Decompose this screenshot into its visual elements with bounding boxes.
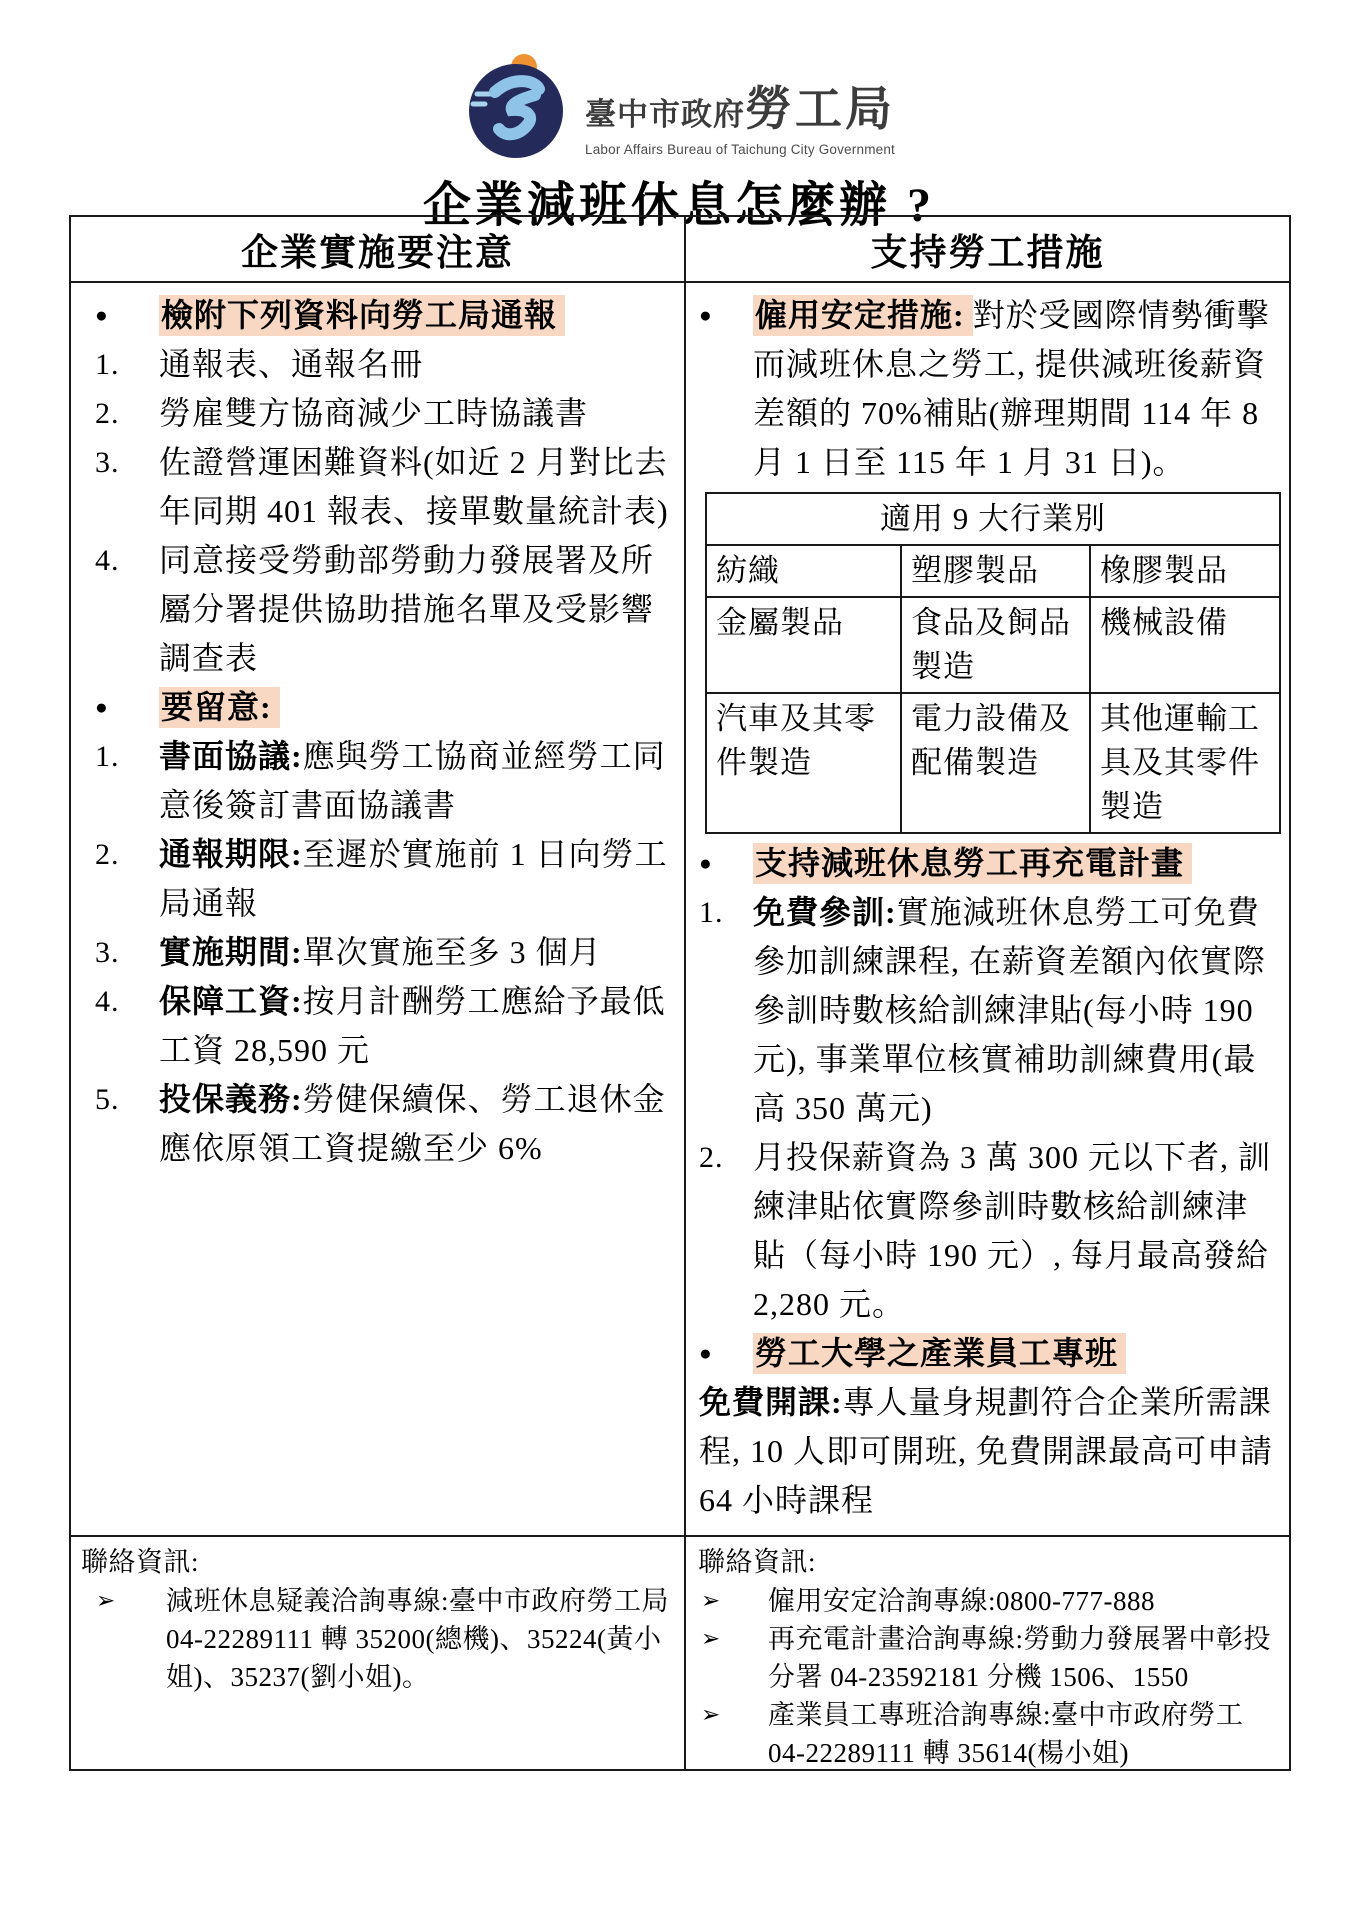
- item-text: 僱用安定措施:對於受國際情勢衝擊而減班休息之勞工, 提供減班後薪資差額的 70%…: [753, 291, 1279, 487]
- page: 臺中市政府 勞工局 Labor Affairs Bureau of Taichu…: [0, 0, 1358, 1920]
- list-item: 3.佐證營運困難資料(如近 2 月對比去年同期 401 報表、接單數量統計表): [95, 438, 676, 536]
- item-text: 勞雇雙方協商減少工時協議書: [159, 389, 676, 438]
- bureau-name-gov: 臺中市政府: [585, 89, 745, 134]
- list-item: 1.免費參訓:實施減班休息勞工可免費參加訓練課程, 在薪資差額內依實際參訓時數核…: [699, 888, 1279, 1133]
- item-text: 通報期限:至遲於實施前 1 日向勞工局通報: [159, 830, 676, 928]
- list-item: 4.保障工資:按月計酬勞工應給予最低工資 28,590 元: [95, 977, 676, 1075]
- contact-item-text: 僱用安定洽詢專線:0800-777-888: [768, 1582, 1281, 1620]
- bureau-name-cn: 臺中市政府 勞工局: [585, 72, 895, 139]
- industry-table-cell: 汽車及其零件製造: [707, 692, 900, 832]
- industry-table: 適用 9 大行業別紡織塑膠製品橡膠製品金屬製品食品及飼品製造機械設備汽車及其零件…: [705, 492, 1281, 834]
- contact-label: 聯絡資訊:: [81, 1542, 676, 1582]
- paragraph: 免費開課:專人量身規劃符合企業所需課程, 10 人即可開班, 免費開課最高可申請…: [699, 1378, 1279, 1525]
- arrow-marker: ➢: [698, 1620, 768, 1696]
- highlighted-heading: 支持減班休息勞工再充電計畫: [753, 843, 1192, 884]
- number-marker: 2.: [95, 389, 159, 438]
- number-marker: 4.: [95, 977, 159, 1075]
- industry-table-cell: 電力設備及配備製造: [900, 692, 1089, 832]
- number-marker: 2.: [95, 830, 159, 928]
- bold-lead: 書面協議:: [159, 738, 303, 774]
- arrow-marker: ➢: [81, 1582, 166, 1696]
- item-text: 佐證營運困難資料(如近 2 月對比去年同期 401 報表、接單數量統計表): [159, 438, 676, 536]
- list-item: 4.同意接受勞動部勞動力發展署及所屬分署提供協助措施名單及受影響調查表: [95, 536, 676, 683]
- contact-label: 聯絡資訊:: [698, 1542, 1281, 1582]
- industry-table-cell: 機械設備: [1089, 596, 1279, 692]
- bullet-marker: ●: [699, 291, 753, 487]
- highlighted-heading: 僱用安定措施:: [753, 295, 973, 336]
- number-marker: 1.: [699, 888, 753, 1133]
- contact-item: ➢僱用安定洽詢專線:0800-777-888: [698, 1582, 1281, 1620]
- number-marker: 3.: [95, 438, 159, 536]
- number-marker: 1.: [95, 732, 159, 830]
- number-marker: 1.: [95, 340, 159, 389]
- item-text: 勞工大學之產業員工專班: [753, 1329, 1279, 1378]
- main-table: 企業實施要注意 支持勞工措施 ●檢附下列資料向勞工局通報1.通報表、通報名冊2.…: [69, 215, 1291, 1771]
- bold-lead: 免費參訓:: [753, 894, 897, 930]
- item-text: 投保義務:勞健保續保、勞工退休金應依原領工資提繳至少 6%: [159, 1075, 676, 1173]
- bold-lead: 投保義務:: [159, 1081, 303, 1117]
- column-header-support: 支持勞工措施: [686, 217, 1289, 283]
- list-item: 2.月投保薪資為 3 萬 300 元以下者, 訓練津貼依實際參訓時數核給訓練津貼…: [699, 1133, 1279, 1329]
- support-body-cell: ●僱用安定措施:對於受國際情勢衝擊而減班休息之勞工, 提供減班後薪資差額的 70…: [686, 283, 1289, 1535]
- item-text: 書面協議:應與勞工協商並經勞工同意後簽訂書面協議書: [159, 732, 676, 830]
- industry-table-cell: 食品及飼品製造: [900, 596, 1089, 692]
- bureau-logo-text: 臺中市政府 勞工局 Labor Affairs Bureau of Taichu…: [585, 50, 895, 157]
- bold-lead: 實施期間:: [159, 934, 303, 970]
- item-text: 同意接受勞動部勞動力發展署及所屬分署提供協助措施名單及受影響調查表: [159, 536, 676, 683]
- list-item: 1.通報表、通報名冊: [95, 340, 676, 389]
- bullet-marker: ●: [95, 291, 159, 340]
- item-text: 實施期間:單次實施至多 3 個月: [159, 928, 676, 977]
- item-text: 支持減班休息勞工再充電計畫: [753, 839, 1279, 888]
- number-marker: 4.: [95, 536, 159, 683]
- number-marker: 2.: [699, 1133, 753, 1329]
- list-item: 1.書面協議:應與勞工協商並經勞工同意後簽訂書面協議書: [95, 732, 676, 830]
- industry-table-cell: 其他運輸工具及其零件製造: [1089, 692, 1279, 832]
- column-header-enterprise: 企業實施要注意: [71, 217, 686, 283]
- arrow-marker: ➢: [698, 1696, 768, 1769]
- enterprise-contact-cell: 聯絡資訊:➢減班休息疑義洽詢專線:臺中市政府勞工局 04-22289111 轉 …: [71, 1535, 686, 1769]
- highlighted-heading: 勞工大學之產業員工專班: [753, 1333, 1126, 1374]
- contact-item-text: 產業員工專班洽詢專線:臺中市政府勞工 04-22289111 轉 35614(楊…: [768, 1696, 1281, 1769]
- contact-item-text: 再充電計畫洽詢專線:勞動力發展署中彰投分署 04-23592181 分機 150…: [768, 1620, 1281, 1696]
- list-item: ●勞工大學之產業員工專班: [699, 1329, 1279, 1378]
- contact-item: ➢產業員工專班洽詢專線:臺中市政府勞工 04-22289111 轉 35614(…: [698, 1696, 1281, 1769]
- bureau-name-en: Labor Affairs Bureau of Taichung City Go…: [585, 142, 895, 157]
- highlighted-heading: 要留意:: [159, 687, 280, 728]
- bullet-marker: ●: [95, 683, 159, 732]
- highlighted-heading: 檢附下列資料向勞工局通報: [159, 295, 565, 336]
- industry-table-cell: 塑膠製品: [900, 544, 1089, 596]
- item-text: 檢附下列資料向勞工局通報: [159, 291, 676, 340]
- industry-table-cell: 金屬製品: [707, 596, 900, 692]
- item-text: 保障工資:按月計酬勞工應給予最低工資 28,590 元: [159, 977, 676, 1075]
- industry-table-cell: 橡膠製品: [1089, 544, 1279, 596]
- bold-lead: 通報期限:: [159, 836, 303, 872]
- enterprise-body-cell: ●檢附下列資料向勞工局通報1.通報表、通報名冊2.勞雇雙方協商減少工時協議書3.…: [71, 283, 686, 1535]
- list-item: ●僱用安定措施:對於受國際情勢衝擊而減班休息之勞工, 提供減班後薪資差額的 70…: [699, 291, 1279, 487]
- number-marker: 3.: [95, 928, 159, 977]
- list-item: ●要留意:: [95, 683, 676, 732]
- item-text: 通報表、通報名冊: [159, 340, 676, 389]
- item-text: 免費參訓:實施減班休息勞工可免費參加訓練課程, 在薪資差額內依實際參訓時數核給訓…: [753, 888, 1279, 1133]
- contact-item: ➢再充電計畫洽詢專線:勞動力發展署中彰投分署 04-23592181 分機 15…: [698, 1620, 1281, 1696]
- industry-table-cell: 紡織: [707, 544, 900, 596]
- bold-lead: 保障工資:: [159, 983, 303, 1019]
- item-text: 要留意:: [159, 683, 676, 732]
- list-item: 2.勞雇雙方協商減少工時協議書: [95, 389, 676, 438]
- list-item: ●檢附下列資料向勞工局通報: [95, 291, 676, 340]
- bullet-marker: ●: [699, 1329, 753, 1378]
- contact-item-text: 減班休息疑義洽詢專線:臺中市政府勞工局 04-22289111 轉 35200(…: [166, 1582, 676, 1696]
- header-logo: 臺中市政府 勞工局 Labor Affairs Bureau of Taichu…: [0, 0, 1358, 162]
- list-item: 5.投保義務:勞健保續保、勞工退休金應依原領工資提繳至少 6%: [95, 1075, 676, 1173]
- list-item: ●支持減班休息勞工再充電計畫: [699, 839, 1279, 888]
- item-text: 免費開課:專人量身規劃符合企業所需課程, 10 人即可開班, 免費開課最高可申請…: [699, 1384, 1273, 1518]
- bold-lead: 免費開課:: [699, 1384, 843, 1420]
- support-contact-cell: 聯絡資訊:➢僱用安定洽詢專線:0800-777-888➢再充電計畫洽詢專線:勞動…: [686, 1535, 1289, 1769]
- industry-table-title: 適用 9 大行業別: [707, 494, 1279, 544]
- bureau-name-bureau: 勞工局: [745, 72, 895, 139]
- list-item: 2.通報期限:至遲於實施前 1 日向勞工局通報: [95, 830, 676, 928]
- contact-item: ➢減班休息疑義洽詢專線:臺中市政府勞工局 04-22289111 轉 35200…: [81, 1582, 676, 1696]
- list-item: 3.實施期間:單次實施至多 3 個月: [95, 928, 676, 977]
- item-text: 月投保薪資為 3 萬 300 元以下者, 訓練津貼依實際參訓時數核給訓練津貼（每…: [753, 1133, 1279, 1329]
- arrow-marker: ➢: [698, 1582, 768, 1620]
- number-marker: 5.: [95, 1075, 159, 1173]
- bullet-marker: ●: [699, 839, 753, 888]
- bureau-logo-icon: [463, 50, 569, 162]
